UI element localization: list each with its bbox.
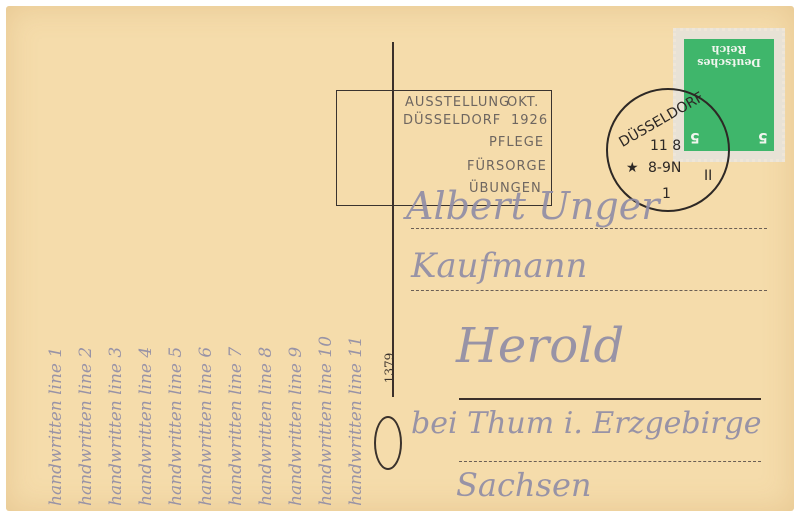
publisher-logo-icon — [374, 416, 402, 470]
message-line: handwritten line 5 — [166, 347, 186, 506]
cancel-line: FÜRSORGE — [467, 159, 547, 174]
cancel-line: PFLEGE — [489, 135, 544, 150]
postmark-date: 11 8 — [650, 138, 681, 154]
message-line: handwritten line 7 — [226, 347, 246, 506]
cancel-line: AUSSTELLUNG — [405, 95, 510, 110]
postmark-office: 1 — [662, 186, 671, 202]
publisher-number: 1379 — [382, 353, 396, 384]
message-line: handwritten line 11 — [346, 336, 366, 506]
stamp-country: Deutsches Reich — [684, 43, 774, 69]
address-occupation: Kaufmann — [411, 246, 587, 286]
cancel-year: 1926 — [511, 113, 548, 128]
address-rule-solid — [459, 398, 761, 400]
message-line: handwritten line 6 — [196, 347, 216, 506]
address-rule — [411, 228, 767, 229]
message-line: handwritten line 10 — [316, 336, 336, 506]
handwritten-message: handwritten line 1 handwritten line 2 ha… — [46, 36, 386, 496]
postmark-time: 8-9N — [648, 160, 681, 176]
cancel-month: OKT. — [507, 95, 539, 110]
postmark-mark: II — [704, 168, 712, 184]
message-line: handwritten line 4 — [136, 347, 156, 506]
address-rule — [411, 290, 767, 291]
address-region: Sachsen — [456, 466, 592, 504]
address-name: Albert Unger — [406, 184, 659, 228]
address-rule — [459, 461, 761, 462]
postmark-star-icon: ★ — [626, 160, 639, 176]
message-line: handwritten line 2 — [76, 347, 96, 506]
message-line: handwritten line 1 — [46, 347, 66, 506]
message-line: handwritten line 3 — [106, 347, 126, 506]
message-line: handwritten line 9 — [286, 347, 306, 506]
address-line4: bei Thum i. Erzgebirge — [411, 406, 762, 441]
message-line: handwritten line 8 — [256, 347, 276, 506]
postcard-back: handwritten line 1 handwritten line 2 ha… — [6, 6, 794, 511]
address-place: Herold — [456, 318, 624, 374]
cancel-line: DÜSSELDORF — [403, 113, 501, 128]
stamp-value: 5 — [758, 129, 768, 145]
